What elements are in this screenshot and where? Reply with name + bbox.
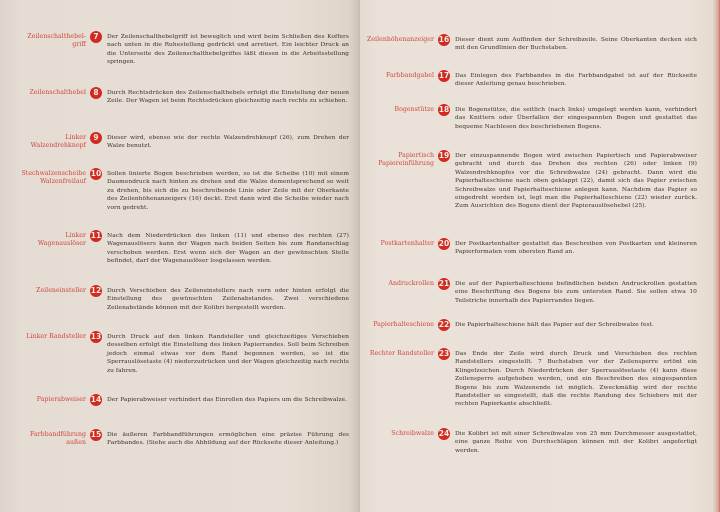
number-badge: 8 — [90, 87, 102, 99]
entry-label: Farbbandführung außen — [8, 431, 86, 448]
entry-13: Linker Randsteller 13 Durch Druck auf de… — [8, 333, 349, 375]
entry-label: Bogenstütze — [362, 106, 434, 114]
entry-label: Zeilenhöhenanzeiger — [362, 36, 434, 44]
number-badge: 16 — [438, 34, 450, 46]
number-badge: 14 — [90, 394, 102, 406]
entry-text: Durch Druck auf den linken Randsteller u… — [107, 333, 349, 375]
entry-7: Zeilenschalthebel- griff 7 Der Zeilensch… — [8, 33, 349, 67]
entry-14: Papierabweiser 14 Der Papierabweiser ver… — [8, 396, 349, 406]
entry-text: Nach dem Niederdrücken des linken (11) u… — [107, 232, 349, 266]
entry-label: Linker Wagenauslöser — [8, 232, 86, 249]
entry-24: Schreibwalze 24 Die Kolibri ist mit eine… — [362, 430, 697, 455]
number-badge: 7 — [90, 31, 102, 43]
entry-text: Die auf der Papierhalteschiene befindlic… — [455, 280, 697, 305]
entry-label: Farbbandgabel — [362, 72, 434, 80]
number-badge: 11 — [90, 230, 102, 242]
entry-text: Die Papierhalteschiene hält das Papier a… — [455, 321, 697, 329]
entry-18: Bogenstütze 18 Die Bogenstütze, die seit… — [362, 106, 697, 131]
number-badge: 24 — [438, 428, 450, 440]
number-badge: 21 — [438, 278, 450, 290]
entry-text: Der Papierabweiser verhindert das Einrol… — [107, 396, 349, 404]
entry-15: Farbbandführung außen 15 Die äußeren Far… — [8, 431, 349, 448]
entry-16: Zeilenhöhenanzeiger 16 Dieser dient zum … — [362, 36, 697, 53]
number-badge: 17 — [438, 70, 450, 82]
entry-label: Postkartenhalter — [362, 240, 434, 248]
number-badge: 13 — [90, 331, 102, 343]
entry-23: Rechter Randsteller 23 Das Ende der Zeil… — [362, 350, 697, 409]
entry-label: Papiertisch Papiereinführung — [362, 152, 434, 169]
entry-text: Dieser wird, ebenso wie der rechte Walze… — [107, 134, 349, 151]
entry-text: Durch Verschieben des Zeileneinstellers … — [107, 287, 349, 312]
entry-22: Papierhalteschiene 22 Die Papierhaltesch… — [362, 321, 697, 331]
entry-21: Andruckrollen 21 Die auf der Papierhalte… — [362, 280, 697, 305]
entry-11: Linker Wagenauslöser 11 Nach dem Niederd… — [8, 232, 349, 266]
entry-label: Papierabweiser — [8, 396, 86, 404]
entry-text: Sollen linierte Bogen beschrieben werden… — [107, 170, 349, 212]
entry-text: Die Bogenstütze, die seitlich (nach link… — [455, 106, 697, 131]
entry-19: Papiertisch Papiereinführung 19 Der einz… — [362, 152, 697, 211]
right-page: Zeilenhöhenanzeiger 16 Dieser dient zum … — [360, 0, 720, 512]
entry-text: Durch Rechtsdrücken des Zeilenschalthebe… — [107, 89, 349, 106]
entry-text: Der Postkartenhalter gestattet das Besch… — [455, 240, 697, 257]
entry-text: Die äußeren Farbbandführungen ermögliche… — [107, 431, 349, 448]
number-badge: 12 — [90, 285, 102, 297]
entry-text: Dieser dient zum Auffinden der Schreibze… — [455, 36, 697, 53]
booklet-spread: Zeilenschalthebel- griff 7 Der Zeilensch… — [0, 0, 720, 512]
entry-label: Papierhalteschiene — [362, 321, 434, 329]
number-badge: 20 — [438, 238, 450, 250]
number-badge: 9 — [90, 132, 102, 144]
number-badge: 18 — [438, 104, 450, 116]
entry-label: Rechter Randsteller — [362, 350, 434, 358]
entry-label: Linker Randsteller — [8, 333, 86, 341]
entry-label: Linker Walzendrehknopf — [8, 134, 86, 151]
number-badge: 10 — [90, 168, 102, 180]
entry-text: Der einzuspannende Bogen wird zwischen P… — [455, 152, 697, 211]
entry-label: Stechwalzenscheibe Walzenfreilauf — [8, 170, 86, 187]
number-badge: 23 — [438, 348, 450, 360]
entry-text: Der Zeilenschalthebelgriff ist beweglich… — [107, 33, 349, 67]
entry-text: Die Kolibri ist mit einer Schreibwalze v… — [455, 430, 697, 455]
entry-label: Zeileneinsteller — [8, 287, 86, 295]
entry-10: Stechwalzenscheibe Walzenfreilauf 10 Sol… — [8, 170, 349, 212]
entry-17: Farbbandgabel 17 Das Einlegen des Farbba… — [362, 72, 697, 89]
number-badge: 19 — [438, 150, 450, 162]
entry-text: Das Einlegen des Farbbandes in die Farbb… — [455, 72, 697, 89]
entry-label: Andruckrollen — [362, 280, 434, 288]
entry-20: Postkartenhalter 20 Der Postkartenhalter… — [362, 240, 697, 257]
left-page: Zeilenschalthebel- griff 7 Der Zeilensch… — [0, 0, 358, 512]
number-badge: 15 — [90, 429, 102, 441]
entry-8: Zeilenschalthebel 8 Durch Rechtsdrücken … — [8, 89, 349, 106]
entry-label: Schreibwalze — [362, 430, 434, 438]
entry-9: Linker Walzendrehknopf 9 Dieser wird, eb… — [8, 134, 349, 151]
number-badge: 22 — [438, 319, 450, 331]
entry-label: Zeilenschalthebel- griff — [8, 33, 86, 50]
entry-label: Zeilenschalthebel — [8, 89, 86, 97]
entry-12: Zeileneinsteller 12 Durch Verschieben de… — [8, 287, 349, 312]
entry-text: Das Ende der Zeile wird durch Druck und … — [455, 350, 697, 409]
